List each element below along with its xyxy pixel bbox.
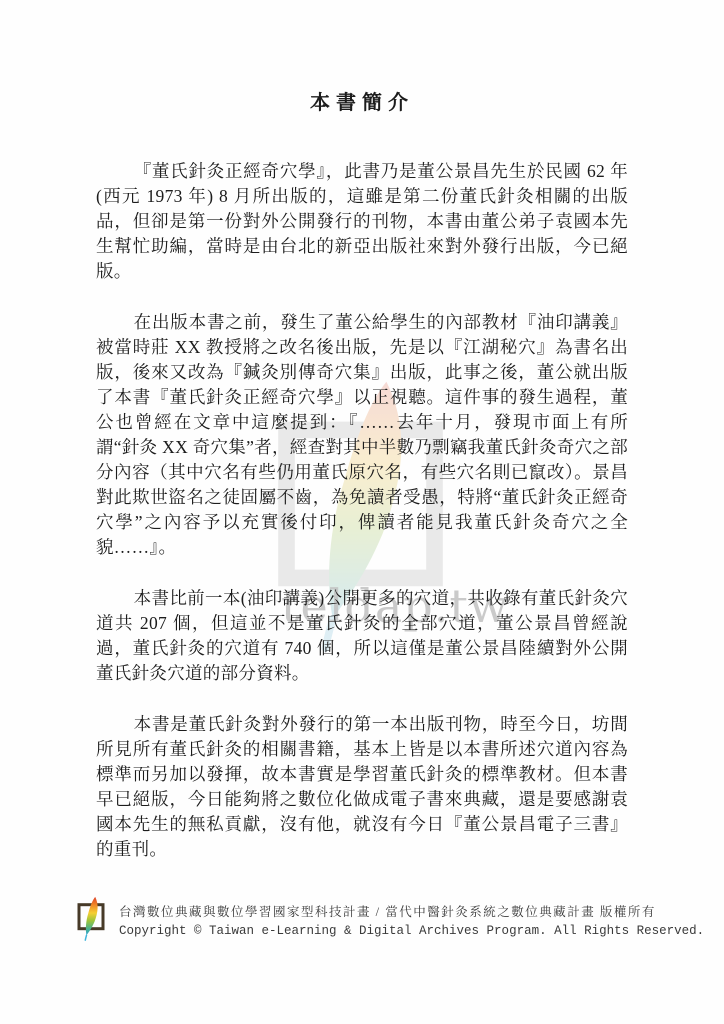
paragraph-4: 本書是董氏針灸對外發行的第一本出版刊物，時至今日，坊間所見所有董氏針灸的相關書籍…	[96, 712, 628, 862]
footer-copyright-english: Copyright © Taiwan e-Learning & Digital …	[119, 922, 704, 941]
paragraph-3: 本書比前一本(油印講義)公開更多的穴道，共收錄有董氏針灸穴道共 207 個，但這…	[96, 586, 628, 686]
document-content: 本書簡介 『董氏針灸正經奇穴學』，此書乃是董公景昌先生於民國 62 年(西元 1…	[0, 0, 724, 862]
footer-copyright-chinese: 台灣數位典藏與數位學習國家型科技計畫 / 當代中醫針灸系統之數位典藏計畫 版權所…	[119, 903, 704, 922]
document-page: teldap.tw 本書簡介 『董氏針灸正經奇穴學』，此書乃是董公景昌先生於民國…	[0, 0, 724, 1024]
page-title: 本書簡介	[96, 86, 628, 115]
paragraph-1: 『董氏針灸正經奇穴學』，此書乃是董公景昌先生於民國 62 年(西元 1973 年…	[96, 159, 628, 284]
footer-text: 台灣數位典藏與數位學習國家型科技計畫 / 當代中醫針灸系統之數位典藏計畫 版權所…	[119, 896, 704, 941]
taiwan-digital-archives-logo-icon	[76, 896, 106, 946]
footer: 台灣數位典藏與數位學習國家型科技計畫 / 當代中醫針灸系統之數位典藏計畫 版權所…	[76, 896, 704, 946]
paragraph-2: 在出版本書之前，發生了董公給學生的內部教材『油印講義』被當時莊 XX 教授將之改…	[96, 310, 628, 560]
